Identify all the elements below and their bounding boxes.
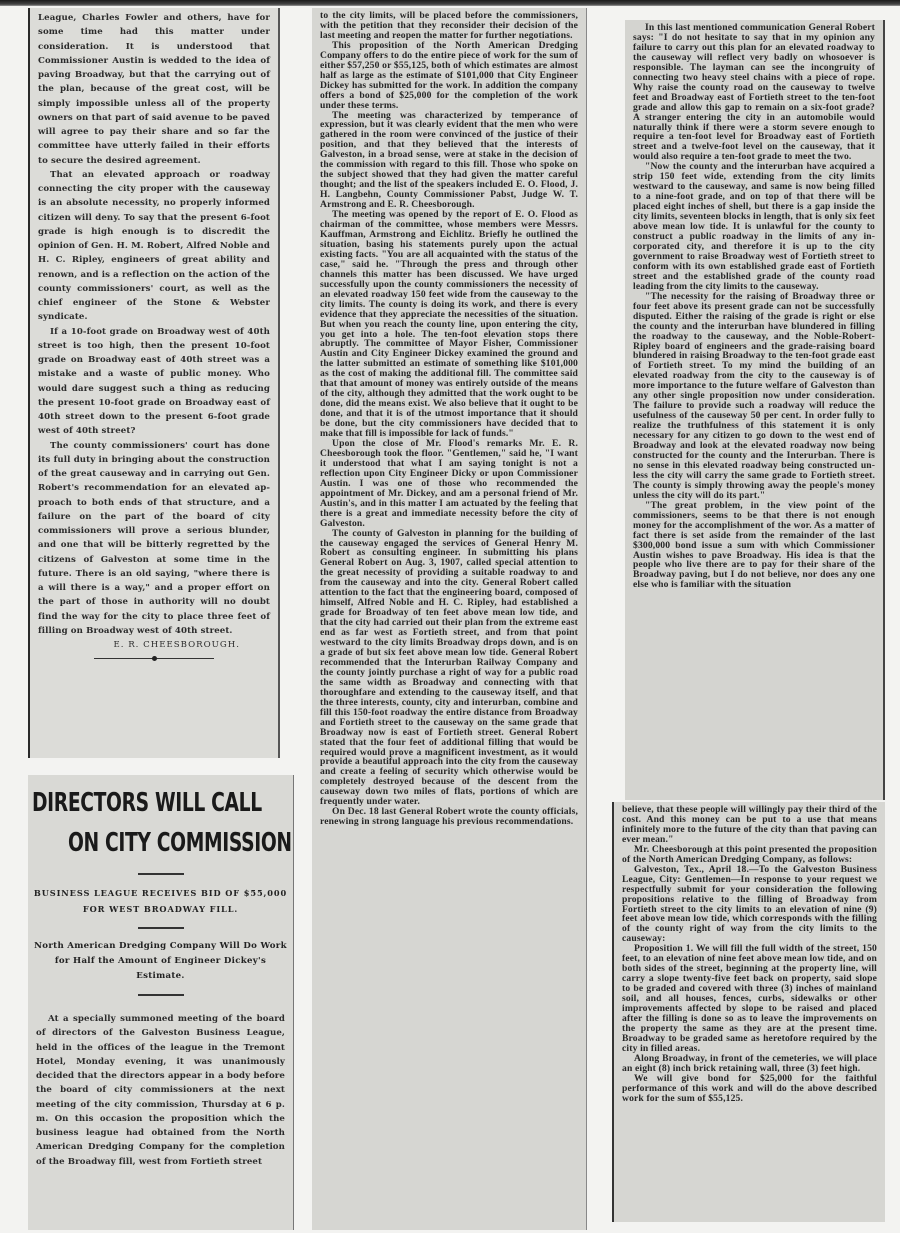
article-paragraph: This proposition of the North American D… bbox=[320, 41, 578, 111]
letter-paragraph: That an elevated approach or road­way co… bbox=[38, 168, 270, 325]
rule-divider bbox=[138, 927, 184, 929]
letter-signature: E. R. CHEESBOROUGH. bbox=[38, 638, 270, 652]
rule-divider bbox=[138, 873, 184, 875]
article-paragraph: to the city limits, will be placed befor… bbox=[320, 11, 578, 41]
article-body-right-top: In this last mentioned communication Gen… bbox=[625, 20, 883, 590]
article-column-middle: to the city limits, will be placed befor… bbox=[312, 8, 587, 1230]
letter-body: League, Charles Fowler and others, have … bbox=[30, 8, 278, 659]
letter-paragraph: If a 10-foot grade on Broadway west of 4… bbox=[38, 325, 270, 439]
headline-line-2: On City Commissioners bbox=[68, 823, 230, 863]
article-paragraph: Along Broadway, in front of the ceme­ter… bbox=[622, 1054, 877, 1074]
article-body-start: At a specially summoned meeting of the b… bbox=[28, 1006, 293, 1169]
article-paragraph: We will give bond for $25,000 for the fa… bbox=[622, 1074, 877, 1104]
article-paragraph: "The great problem, in the view point of… bbox=[633, 501, 875, 591]
headline-deck: Business League Receives Bid of $55,000 … bbox=[28, 885, 293, 917]
article-paragraph: At a specially summoned meeting of the b… bbox=[36, 1012, 285, 1169]
article-paragraph: The meeting was opened by the report of … bbox=[320, 210, 578, 439]
article-paragraph: Proposition 1. We will fill the full wid… bbox=[622, 944, 877, 1053]
rule-divider bbox=[138, 994, 184, 996]
article-column-right-top: In this last mentioned communication Gen… bbox=[625, 20, 885, 800]
article-paragraph: The county of Galveston in planning for … bbox=[320, 529, 578, 808]
article-clipping: Directors Will Call On City Commissioner… bbox=[28, 775, 294, 1230]
article-paragraph: In this last mentioned communication Gen… bbox=[633, 23, 875, 162]
article-paragraph: "Now the county and the interurban have … bbox=[633, 162, 875, 291]
article-column-right-bottom: believe, that these people will willingl… bbox=[612, 802, 885, 1222]
letter-paragraph: The county commissioners' court has done… bbox=[38, 439, 270, 639]
dotted-rule-divider bbox=[94, 658, 214, 659]
letter-clipping: League, Charles Fowler and others, have … bbox=[28, 8, 280, 758]
article-paragraph: On Dec. 18 last General Robert wrote the… bbox=[320, 807, 578, 827]
headline-line-1: Directors Will Call bbox=[32, 783, 220, 823]
article-body-middle: to the city limits, will be placed befor… bbox=[312, 8, 586, 827]
letter-paragraph: League, Charles Fowler and others, have … bbox=[38, 11, 270, 168]
article-paragraph: Upon the close of Mr. Flood's remarks Mr… bbox=[320, 439, 578, 529]
article-body-right-bottom: believe, that these people will willingl… bbox=[614, 802, 885, 1104]
article-paragraph: The meeting was characterized by tem­per… bbox=[320, 111, 578, 211]
article-paragraph: believe, that these people will willingl… bbox=[622, 805, 877, 845]
article-paragraph: "The necessity for the raising of Broadw… bbox=[633, 292, 875, 501]
headline-subdeck: North American Dredging Company Will Do … bbox=[28, 939, 293, 984]
article-paragraph: Mr. Cheesborough at this point pre­sente… bbox=[622, 845, 877, 865]
article-paragraph: Galveston, Tex., April 18.—To the Gal­ve… bbox=[622, 865, 877, 945]
scan-top-edge bbox=[0, 0, 900, 6]
